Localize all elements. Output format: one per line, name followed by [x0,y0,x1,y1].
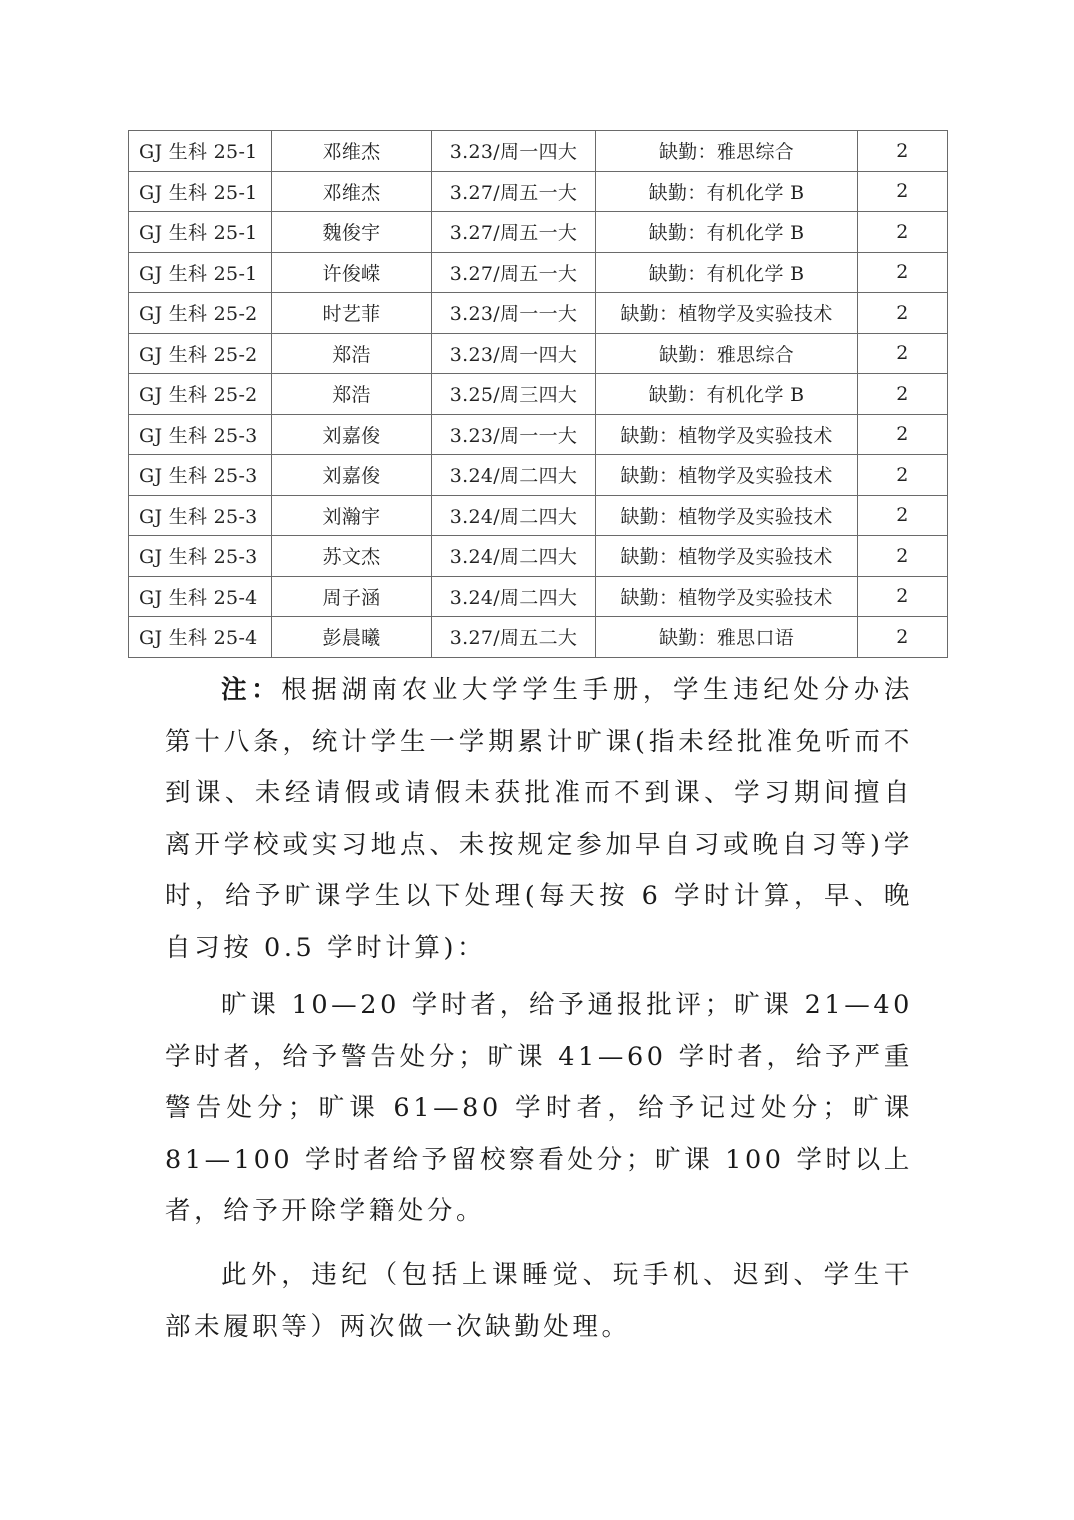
hours-cell: 2 [858,374,948,415]
student-name-cell: 刘嘉俊 [272,455,432,496]
table-row: GJ 生科 25-4 彭晨曦 3.27/周五二大 缺勤：雅思口语 2 [129,617,948,658]
hours-cell: 2 [858,495,948,536]
hours-cell: 2 [858,171,948,212]
hours-cell: 2 [858,131,948,172]
class-cell: GJ 生科 25-1 [129,212,272,253]
document-page: GJ 生科 25-1 邓维杰 3.23/周一四大 缺勤：雅思综合 2 GJ 生科… [0,0,1074,1520]
date-cell: 3.27/周五一大 [432,212,596,253]
class-cell: GJ 生科 25-3 [129,414,272,455]
table-row: GJ 生科 25-1 邓维杰 3.23/周一四大 缺勤：雅思综合 2 [129,131,948,172]
hours-cell: 2 [858,212,948,253]
table-row: GJ 生科 25-2 时艺菲 3.23/周一一大 缺勤：植物学及实验技术 2 [129,293,948,334]
student-name-cell: 郑浩 [272,333,432,374]
class-cell: GJ 生科 25-3 [129,495,272,536]
class-cell: GJ 生科 25-1 [129,131,272,172]
hours-cell: 2 [858,536,948,577]
student-name-cell: 郑浩 [272,374,432,415]
hours-cell: 2 [858,293,948,334]
class-cell: GJ 生科 25-4 [129,576,272,617]
hours-cell: 2 [858,576,948,617]
date-cell: 3.23/周一一大 [432,293,596,334]
date-cell: 3.24/周二四大 [432,495,596,536]
note-label: 注： [221,675,281,705]
note-paragraph-rules: 注：根据湖南农业大学学生手册，学生违纪处分办法第十八条，统计学生一学期累计旷课(… [165,665,913,974]
hours-cell: 2 [858,333,948,374]
student-name-cell: 刘瀚宇 [272,495,432,536]
hours-cell: 2 [858,617,948,658]
class-cell: GJ 生科 25-1 [129,252,272,293]
class-cell: GJ 生科 25-2 [129,333,272,374]
reason-cell: 缺勤：有机化学 B [596,212,858,253]
student-name-cell: 苏文杰 [272,536,432,577]
reason-cell: 缺勤：雅思综合 [596,131,858,172]
student-name-cell: 彭晨曦 [272,617,432,658]
date-cell: 3.24/周二四大 [432,455,596,496]
hours-cell: 2 [858,414,948,455]
date-cell: 3.27/周五一大 [432,252,596,293]
class-cell: GJ 生科 25-2 [129,374,272,415]
table-row: GJ 生科 25-1 许俊嵘 3.27/周五一大 缺勤：有机化学 B 2 [129,252,948,293]
hours-cell: 2 [858,455,948,496]
student-name-cell: 许俊嵘 [272,252,432,293]
table-row: GJ 生科 25-3 苏文杰 3.24/周二四大 缺勤：植物学及实验技术 2 [129,536,948,577]
note-paragraph-misconduct: 此外，违纪（包括上课睡觉、玩手机、迟到、学生干部未履职等）两次做一次缺勤处理。 [165,1250,913,1353]
table-row: GJ 生科 25-3 刘嘉俊 3.23/周一一大 缺勤：植物学及实验技术 2 [129,414,948,455]
student-name-cell: 周子涵 [272,576,432,617]
student-name-cell: 邓维杰 [272,171,432,212]
table-row: GJ 生科 25-3 刘瀚宇 3.24/周二四大 缺勤：植物学及实验技术 2 [129,495,948,536]
reason-cell: 缺勤：植物学及实验技术 [596,576,858,617]
reason-cell: 缺勤：植物学及实验技术 [596,293,858,334]
reason-cell: 缺勤：雅思综合 [596,333,858,374]
reason-cell: 缺勤：有机化学 B [596,252,858,293]
reason-cell: 缺勤：雅思口语 [596,617,858,658]
reason-cell: 缺勤：植物学及实验技术 [596,414,858,455]
reason-cell: 缺勤：有机化学 B [596,171,858,212]
class-cell: GJ 生科 25-1 [129,171,272,212]
note-paragraph-penalties: 旷课 10—20 学时者，给予通报批评；旷课 21—40 学时者，给予警告处分；… [165,980,913,1238]
reason-cell: 缺勤：有机化学 B [596,374,858,415]
class-cell: GJ 生科 25-4 [129,617,272,658]
date-cell: 3.27/周五二大 [432,617,596,658]
table-row: GJ 生科 25-2 郑浩 3.25/周三四大 缺勤：有机化学 B 2 [129,374,948,415]
reason-cell: 缺勤：植物学及实验技术 [596,495,858,536]
student-name-cell: 时艺菲 [272,293,432,334]
date-cell: 3.27/周五一大 [432,171,596,212]
class-cell: GJ 生科 25-3 [129,455,272,496]
table-row: GJ 生科 25-3 刘嘉俊 3.24/周二四大 缺勤：植物学及实验技术 2 [129,455,948,496]
date-cell: 3.24/周二四大 [432,576,596,617]
table-row: GJ 生科 25-1 魏俊宇 3.27/周五一大 缺勤：有机化学 B 2 [129,212,948,253]
note-text: 根据湖南农业大学学生手册，学生违纪处分办法第十八条，统计学生一学期累计旷课(指未… [165,675,913,963]
date-cell: 3.23/周一四大 [432,333,596,374]
date-cell: 3.24/周二四大 [432,536,596,577]
student-name-cell: 邓维杰 [272,131,432,172]
hours-cell: 2 [858,252,948,293]
date-cell: 3.25/周三四大 [432,374,596,415]
absence-table: GJ 生科 25-1 邓维杰 3.23/周一四大 缺勤：雅思综合 2 GJ 生科… [128,130,948,658]
class-cell: GJ 生科 25-2 [129,293,272,334]
student-name-cell: 刘嘉俊 [272,414,432,455]
date-cell: 3.23/周一一大 [432,414,596,455]
table-row: GJ 生科 25-2 郑浩 3.23/周一四大 缺勤：雅思综合 2 [129,333,948,374]
reason-cell: 缺勤：植物学及实验技术 [596,536,858,577]
student-name-cell: 魏俊宇 [272,212,432,253]
class-cell: GJ 生科 25-3 [129,536,272,577]
date-cell: 3.23/周一四大 [432,131,596,172]
reason-cell: 缺勤：植物学及实验技术 [596,455,858,496]
table-row: GJ 生科 25-4 周子涵 3.24/周二四大 缺勤：植物学及实验技术 2 [129,576,948,617]
table-row: GJ 生科 25-1 邓维杰 3.27/周五一大 缺勤：有机化学 B 2 [129,171,948,212]
